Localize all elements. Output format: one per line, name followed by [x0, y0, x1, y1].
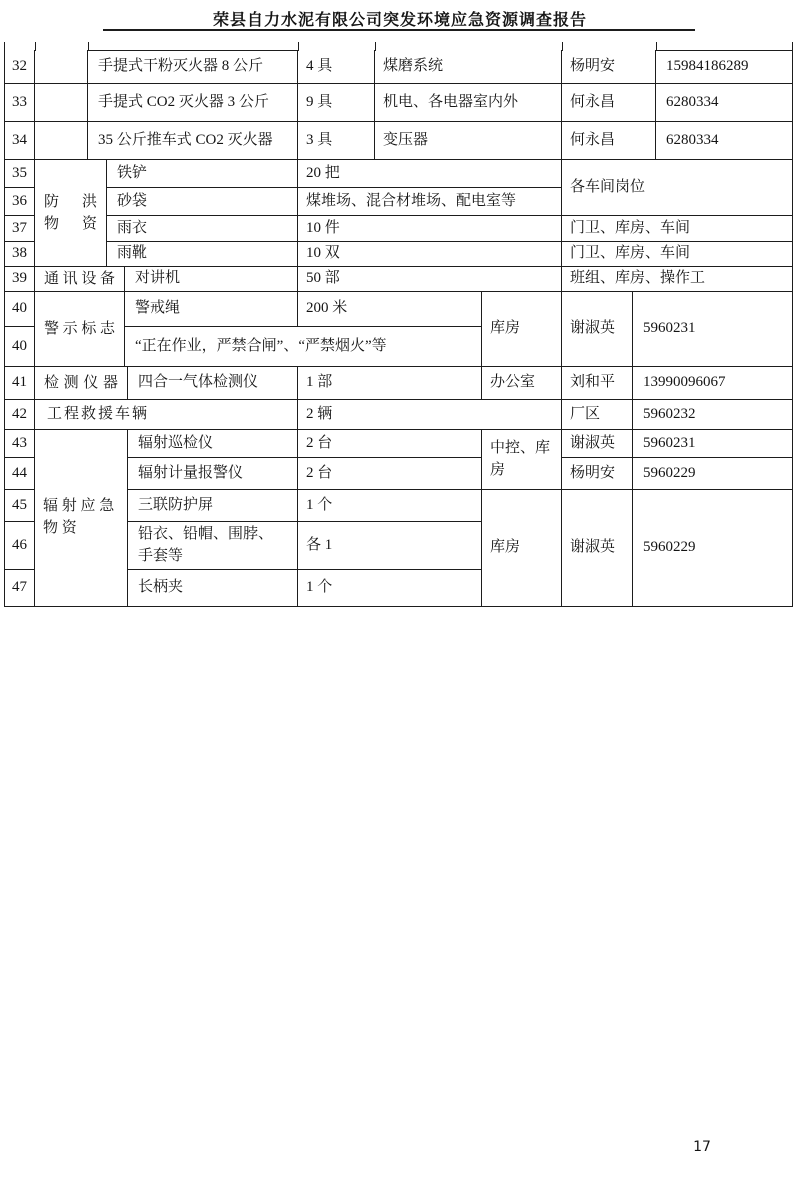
- cell-r39-item: 对讲机: [125, 267, 298, 292]
- cell-r40b-item: “正在作业，严禁合闸”、“严禁烟火”等: [125, 327, 482, 367]
- cell-r44-phone: 5960229: [633, 458, 793, 490]
- cell-r32-item: 手提式干粉灭火器 8 公斤: [88, 50, 298, 84]
- cell-r43-44-location: 中控、库 房: [482, 430, 562, 490]
- cell-r37-posts: 门卫、库房、车间: [562, 216, 793, 242]
- category-label: 通讯设备: [35, 268, 124, 291]
- cell-r44-item: 辐射计量报警仪: [128, 458, 298, 490]
- cell-r41-contact: 刘和平: [562, 367, 633, 400]
- cell-r40a-item: 警戒绳: [125, 292, 298, 327]
- cell-r45-47-location: 库房: [482, 490, 562, 607]
- category-label: 检测仪器: [35, 372, 127, 395]
- document-page: 荣县自力水泥有限公司突发环境应急资源调查报告 32 33 34 35 36 37…: [0, 0, 800, 1179]
- cell-r34-no: 34: [4, 122, 35, 160]
- cell-r32-category: [35, 50, 88, 84]
- cell-r47-qty: 1 个: [298, 570, 482, 607]
- category-label: 警示标志: [35, 318, 124, 341]
- cell-r35-qty: 20 把: [298, 160, 562, 188]
- cell-r37-item: 雨衣: [107, 216, 298, 242]
- cell-r34-item: 35 公斤推车式 CO2 灭火器: [88, 122, 298, 160]
- cell-r42-location: 厂区: [562, 400, 633, 430]
- cell-r33-phone: 6280334: [656, 84, 793, 122]
- cell-r32-contact: 杨明安: [562, 50, 656, 84]
- cell-warning-sign-category: 警示标志: [35, 292, 125, 367]
- cell-r36-qty: 煤堆场、混合材堆场、配电室等: [298, 188, 562, 216]
- cell-r41-no: 41: [4, 367, 35, 400]
- cell-r38-qty: 10 双: [298, 242, 562, 267]
- cell-r41-item: 四合一气体检测仪: [128, 367, 298, 400]
- cell-r32-qty: 4 具: [298, 50, 375, 84]
- title-rule: [103, 29, 695, 31]
- cell-r47-item: 长柄夹: [128, 570, 298, 607]
- cell-r44-qty: 2 台: [298, 458, 482, 490]
- cell-r43-item: 辐射巡检仪: [128, 430, 298, 458]
- cell-r37-no: 37: [4, 216, 35, 242]
- cell-r43-phone: 5960231: [633, 430, 793, 458]
- cell-r42-qty: 2 辆: [298, 400, 562, 430]
- cell-r38-item: 雨靴: [107, 242, 298, 267]
- cell-r36-item: 砂袋: [107, 188, 298, 216]
- cell-r33-location: 机电、各电器室内外: [375, 84, 562, 122]
- cell-r40a-qty: 200 米: [298, 292, 482, 327]
- cell-r32-phone: 15984186289: [656, 50, 793, 84]
- cell-r35-no: 35: [4, 160, 35, 188]
- cell-r45-no: 45: [4, 490, 35, 522]
- cell-r33-category: [35, 84, 88, 122]
- cell-r32-no: 32: [4, 50, 35, 84]
- cell-r43-contact: 谢淑英: [562, 430, 633, 458]
- cell-r33-contact: 何永昌: [562, 84, 656, 122]
- cell-r40a-no: 40: [4, 292, 35, 327]
- cell-radiation-category: 辐 射 应 急 物 资: [35, 430, 128, 607]
- cell-r44-no: 44: [4, 458, 35, 490]
- cell-r41-phone: 13990096067: [633, 367, 793, 400]
- cell-r43-no: 43: [4, 430, 35, 458]
- cell-r34-phone: 6280334: [656, 122, 793, 160]
- cell-r33-qty: 9 具: [298, 84, 375, 122]
- cell-detector-category: 检测仪器: [35, 367, 128, 400]
- cell-r32-location: 煤磨系统: [375, 50, 562, 84]
- cell-r35-item: 铁铲: [107, 160, 298, 188]
- cell-r40-location: 库房: [482, 292, 562, 367]
- cell-r33-no: 33: [4, 84, 35, 122]
- category-label: 防洪 物资: [35, 191, 106, 236]
- cell-r39-qty: 50 部: [298, 267, 562, 292]
- cell-r33-item: 手提式 CO2 灭火器 3 公斤: [88, 84, 298, 122]
- cell-r40-phone: 5960231: [633, 292, 793, 367]
- cell-r42-no: 42: [4, 400, 35, 430]
- cell-r45-qty: 1 个: [298, 490, 482, 522]
- cell-flood-supplies-category: 防洪 物资: [35, 160, 107, 267]
- cell-r44-contact: 杨明安: [562, 458, 633, 490]
- cell-r36-no: 36: [4, 188, 35, 216]
- cell-r39-no: 39: [4, 267, 35, 292]
- cell-r38-posts: 门卫、库房、车间: [562, 242, 793, 267]
- cell-r41-qty: 1 部: [298, 367, 482, 400]
- page-number: 17: [684, 1139, 720, 1155]
- cell-r40-contact: 谢淑英: [562, 292, 633, 367]
- cell-communication-category: 通讯设备: [35, 267, 125, 292]
- cell-r41-location: 办公室: [482, 367, 562, 400]
- cell-r45-item: 三联防护屏: [128, 490, 298, 522]
- cell-r45-47-phone: 5960229: [633, 490, 793, 607]
- cell-r34-qty: 3 具: [298, 122, 375, 160]
- cell-r40b-no: 40: [4, 327, 35, 367]
- cell-r39-posts: 班组、库房、操作工: [562, 267, 793, 292]
- cell-r34-category: [35, 122, 88, 160]
- cell-r42-item: 工程救援车辆: [35, 400, 298, 430]
- cell-r47-no: 47: [4, 570, 35, 607]
- cell-r38-no: 38: [4, 242, 35, 267]
- cell-r35-36-posts: 各车间岗位: [562, 160, 793, 216]
- page-title: 荣县自力水泥有限公司突发环境应急资源调查报告: [0, 7, 800, 30]
- cell-r46-no: 46: [4, 522, 35, 570]
- cell-r43-qty: 2 台: [298, 430, 482, 458]
- cell-r34-contact: 何永昌: [562, 122, 656, 160]
- cell-r45-47-contact: 谢淑英: [562, 490, 633, 607]
- cell-r46-item: 铅衣、铅帽、围脖、 手套等: [128, 522, 298, 570]
- cell-r34-location: 变压器: [375, 122, 562, 160]
- cell-r46-qty: 各 1: [298, 522, 482, 570]
- cell-r42-phone: 5960232: [633, 400, 793, 430]
- cell-r37-qty: 10 件: [298, 216, 562, 242]
